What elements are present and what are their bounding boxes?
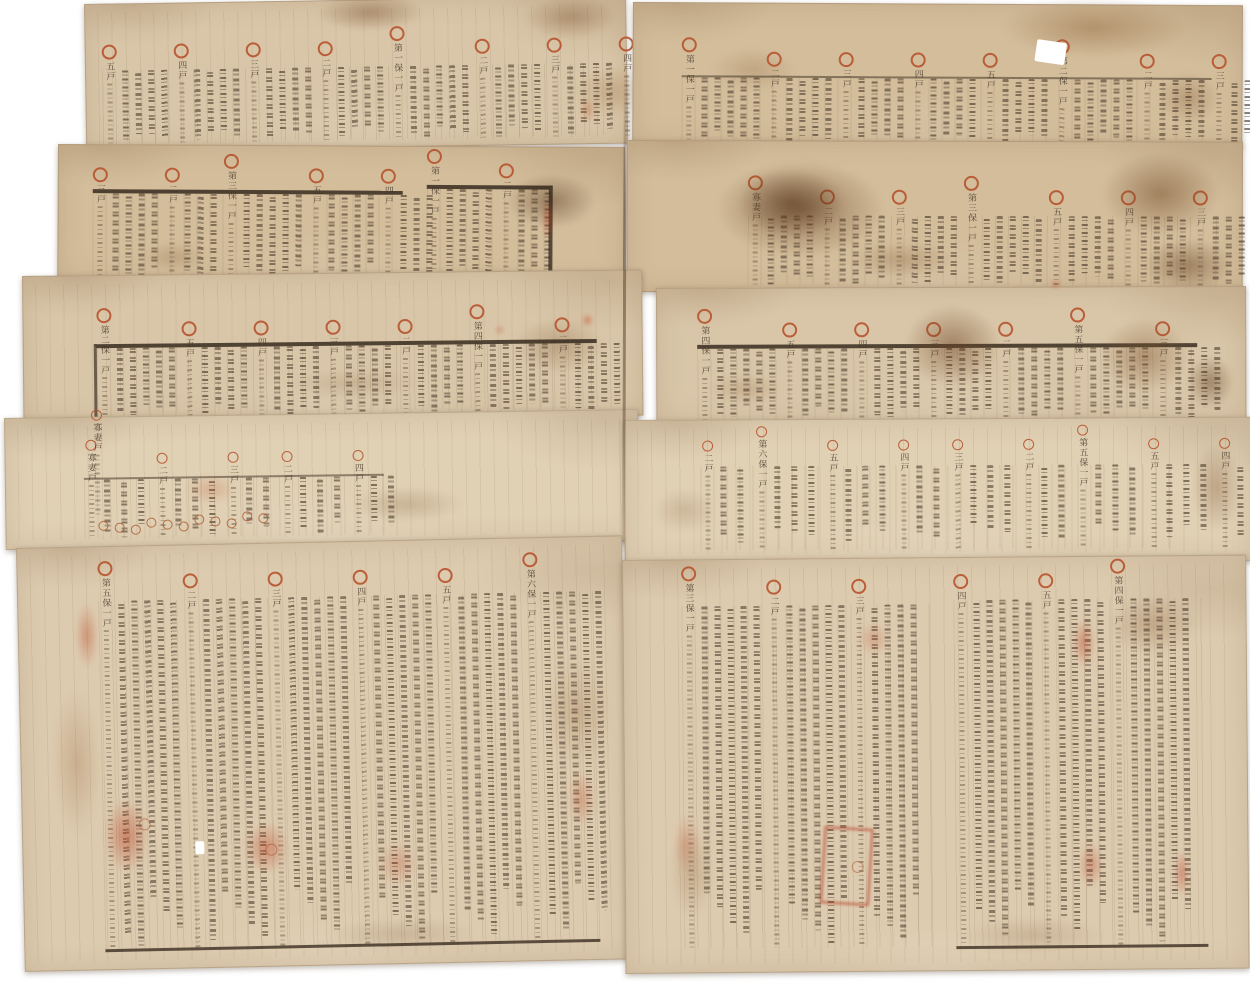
script-column	[1156, 598, 1165, 941]
text-block: 四戸五戸第四保一戸	[953, 598, 1208, 949]
script-column	[288, 597, 300, 889]
household-header: 二戸	[397, 319, 412, 415]
script-column	[1167, 216, 1173, 275]
script-column	[531, 189, 537, 267]
vermilion-circle-icon	[1139, 54, 1154, 69]
script-column	[737, 469, 743, 542]
register-sheet: 二戸第六保一戸五戸四戸三戸二戸第五保一戸五戸四戸	[624, 417, 1250, 564]
household-header: 第五保一戸	[97, 561, 119, 949]
household-label: 第六保一戸	[524, 569, 535, 619]
vermilion-circle-icon	[618, 36, 633, 51]
script-column	[472, 192, 478, 275]
script-column	[970, 465, 976, 525]
script-column	[884, 605, 893, 927]
script-column	[184, 194, 190, 271]
vermilion-circle-icon	[223, 154, 238, 169]
script-column	[1185, 80, 1191, 137]
vermilion-circle-icon	[1148, 438, 1159, 449]
vermilion-circle-icon	[498, 163, 513, 178]
vermilion-circle-icon	[426, 149, 441, 164]
script-column	[910, 604, 919, 895]
script-column	[794, 215, 800, 275]
script-column	[753, 78, 759, 139]
script-column	[556, 592, 569, 930]
household-label: 四戸	[176, 60, 187, 80]
script-column	[1041, 468, 1047, 539]
script-column	[871, 608, 880, 916]
household-header: 第六保一戸	[754, 426, 769, 550]
script-column	[169, 347, 176, 410]
script-column	[457, 344, 464, 404]
script-column	[1084, 599, 1093, 886]
household-header: 寡妻戸	[748, 175, 762, 285]
household-label: 三戸	[228, 465, 239, 485]
household-header: 二戸	[164, 168, 179, 282]
vermilion-circle-icon	[182, 573, 197, 588]
vermilion-circle-icon	[766, 52, 781, 67]
script-column	[359, 345, 366, 412]
script-column	[216, 599, 228, 895]
household-label: 四戸	[912, 69, 922, 89]
script-column	[601, 343, 608, 402]
household-header: 二戸	[554, 317, 569, 413]
household-header: 二戸	[998, 322, 1012, 420]
vermilion-circle-icon	[146, 517, 157, 528]
household-label: 四戸	[355, 587, 366, 607]
household-header: 三戸	[268, 571, 290, 945]
vermilion-circle-icon	[766, 580, 781, 595]
script-column	[118, 604, 131, 935]
vermilion-circle-icon	[1155, 321, 1170, 336]
script-column	[220, 69, 227, 133]
script-column	[295, 194, 301, 266]
household-label: 三戸	[270, 588, 281, 608]
household-label: 三戸	[327, 337, 338, 357]
script-column	[593, 63, 600, 126]
vermilion-circle-icon	[96, 308, 111, 323]
script-column	[161, 70, 168, 137]
script-column	[1071, 599, 1080, 931]
household-label: 二戸	[185, 590, 196, 610]
household-header: 五戸	[825, 440, 840, 550]
script-column	[423, 69, 430, 140]
script-column	[808, 466, 814, 535]
script-column	[256, 194, 262, 271]
script-column	[1095, 216, 1101, 276]
script-column	[1023, 216, 1029, 276]
script-column	[543, 592, 556, 916]
script-column	[791, 466, 797, 532]
script-column	[897, 78, 903, 138]
household-label: 第六保一戸	[756, 439, 767, 489]
household-header: 第六保一戸	[522, 552, 544, 940]
script-column	[516, 347, 523, 404]
register-sheet: 寡妻戸二戸三戸第三保一戸五戸四戸三戸	[627, 140, 1243, 294]
household-header: 二戸	[498, 163, 513, 283]
text-block: 三戸二戸第三保一戸五戸四戸	[92, 189, 402, 283]
script-column	[730, 349, 736, 417]
script-column	[1154, 216, 1160, 284]
script-column	[786, 78, 792, 142]
text-block: 第二保一戸五戸四戸三戸二戸第四保一戸二戸	[94, 339, 598, 418]
household-label: 四戸	[352, 463, 363, 483]
script-column	[884, 78, 890, 135]
script-column	[279, 71, 286, 131]
script-column	[143, 348, 150, 405]
household-header: 寡妻戸	[89, 410, 104, 516]
script-column	[973, 603, 982, 911]
script-column	[812, 78, 818, 136]
text-block: 第一保一戸二戸三戸四戸五戸第二保一戸二戸三戸	[681, 75, 1211, 146]
register-sheet: 第三保一戸二戸三戸 四戸五戸第四保一戸	[622, 555, 1250, 974]
script-column	[112, 193, 118, 271]
household-header: 五戸	[782, 323, 796, 421]
photo-of-register-sheets: 五戸四戸三戸二戸第一保一戸二戸三戸四戸 三戸二戸第三保一戸五戸四戸 第一保一戸二…	[0, 0, 1250, 984]
vermilion-circle-icon	[173, 43, 188, 58]
script-column	[529, 344, 536, 404]
script-column	[354, 195, 360, 278]
vermilion-circle-icon	[131, 524, 142, 535]
script-column	[1015, 82, 1021, 135]
household-header: 第五保一戸	[1075, 425, 1090, 549]
script-column	[1130, 599, 1139, 914]
household-label: 二戸	[477, 56, 488, 76]
script-column	[720, 466, 726, 536]
script-column	[327, 596, 340, 930]
vermilion-circle-icon	[92, 167, 107, 182]
household-header: 四戸	[253, 320, 268, 416]
household-label: 五戸	[827, 453, 837, 473]
script-column	[943, 82, 949, 136]
script-column	[144, 600, 156, 899]
household-label: 二戸	[167, 185, 177, 205]
script-column	[1159, 83, 1165, 146]
register-sheet: 寡妻戸二戸三戸二戸四戸 寡妻戸	[4, 409, 640, 550]
household-header: 三戸	[838, 52, 852, 144]
script-column	[351, 70, 358, 129]
script-column	[972, 351, 978, 411]
register-sheet: 三戸二戸第三保一戸五戸四戸 第一保一戸二戸	[57, 144, 625, 285]
script-column	[1044, 351, 1050, 410]
script-column	[207, 72, 214, 133]
vermilion-circle-icon	[782, 323, 797, 338]
script-column	[544, 193, 550, 275]
script-column	[148, 70, 155, 134]
script-column	[714, 77, 720, 130]
script-column	[364, 67, 371, 129]
script-column	[874, 348, 880, 415]
household-label: 四戸	[1219, 451, 1229, 471]
script-column	[799, 608, 808, 919]
household-label: 五戸	[1040, 590, 1051, 610]
household-label: 三戸	[853, 596, 864, 616]
vermilion-circle-icon	[1070, 308, 1085, 323]
register-sheet: 第四保一戸五戸四戸三戸二戸第五保一戸三戸	[656, 286, 1246, 424]
household-label: 三戸	[928, 339, 938, 359]
household-header: 第三保一戸	[964, 176, 978, 286]
household-header: 三戸	[1211, 54, 1225, 146]
vermilion-circle-icon	[281, 451, 292, 462]
vermilion-circle-icon	[245, 42, 260, 57]
household-header: 三戸	[325, 320, 340, 416]
script-column	[444, 348, 451, 405]
script-column	[373, 595, 385, 898]
household-label: 寡妻戸	[750, 192, 760, 222]
script-column	[1175, 347, 1181, 414]
household-header: 第四保一戸	[469, 304, 484, 414]
household-label: 第二保一戸	[98, 325, 109, 375]
vermilion-circle-icon	[474, 39, 489, 54]
script-column	[567, 66, 574, 136]
vermilion-circle-icon	[1048, 190, 1063, 205]
script-column	[197, 197, 203, 278]
script-column	[459, 189, 465, 268]
vermilion-circle-icon	[1023, 439, 1034, 450]
script-column	[458, 597, 471, 910]
vermilion-circle-icon	[227, 452, 238, 463]
vermilion-circle-icon	[258, 513, 269, 524]
script-column	[243, 194, 249, 267]
script-column	[871, 81, 877, 136]
household-label: 三戸	[248, 59, 259, 79]
vermilion-circle-icon	[210, 516, 221, 527]
household-label: 第一保一戸	[428, 166, 439, 216]
household-label: 寡妻戸	[91, 423, 102, 453]
vermilion-circle-icon	[926, 322, 941, 337]
script-column	[377, 66, 384, 131]
household-label: 五戸	[984, 70, 994, 90]
household-label: 四戸	[255, 337, 266, 357]
household-header: 第一保一戸	[681, 37, 696, 143]
vermilion-circle-icon	[253, 320, 268, 335]
script-column	[1074, 79, 1080, 140]
script-column	[1169, 601, 1178, 899]
script-column	[769, 349, 775, 414]
household-label: 五戸	[183, 338, 194, 358]
script-column	[1116, 350, 1122, 408]
script-column	[292, 68, 299, 131]
vermilion-circle-icon	[963, 176, 978, 191]
script-column	[338, 67, 345, 136]
script-column	[386, 598, 399, 915]
script-column	[1100, 79, 1106, 134]
script-column	[1004, 465, 1010, 532]
household-label: 五戸	[311, 185, 321, 205]
vermilion-circle-icon	[226, 518, 237, 529]
vermilion-circle-icon	[952, 439, 963, 450]
script-column	[431, 345, 438, 412]
script-column	[925, 216, 931, 283]
script-column	[614, 343, 621, 405]
vermilion-circle-icon	[827, 440, 838, 451]
household-label: 四戸	[856, 339, 866, 359]
script-column	[1018, 348, 1024, 414]
script-column	[701, 606, 710, 893]
vermilion-circle-icon	[114, 522, 125, 533]
text-block: 五戸四戸三戸二戸第一保一戸二戸三戸四戸	[102, 63, 608, 145]
script-column	[503, 344, 510, 410]
vermilion-circle-icon	[317, 41, 332, 56]
script-column	[117, 348, 124, 412]
household-label: 二戸	[822, 207, 832, 227]
script-column	[825, 78, 831, 139]
household-header: 三戸	[547, 38, 563, 138]
vermilion-circle-icon	[469, 304, 484, 319]
household-header: 第三保一戸	[681, 566, 698, 948]
household-header: 第四保一戸	[1110, 559, 1127, 945]
script-column	[802, 348, 808, 416]
script-column	[999, 600, 1008, 936]
household-label: 第五保一戸	[1072, 325, 1083, 375]
script-column	[122, 70, 129, 141]
script-column	[449, 65, 456, 129]
vermilion-circle-icon	[1077, 425, 1088, 436]
script-column	[740, 78, 746, 137]
household-header: 三戸	[926, 322, 940, 420]
household-label: 三戸	[549, 55, 560, 75]
household-label: 五戸	[784, 340, 794, 360]
script-column	[317, 480, 324, 533]
script-column	[714, 606, 723, 907]
household-label: 二戸	[1141, 71, 1151, 91]
script-column	[1031, 348, 1037, 416]
household-header: 四戸	[896, 440, 911, 550]
household-header: 二戸	[475, 39, 491, 139]
script-column	[913, 348, 919, 411]
script-column	[879, 466, 885, 531]
script-column	[815, 348, 821, 406]
vermilion-circle-icon	[397, 319, 412, 334]
script-column	[301, 597, 313, 903]
household-label: 四戸	[955, 591, 966, 611]
script-column	[1214, 347, 1220, 410]
script-column	[1213, 217, 1219, 281]
household-label: 二戸	[702, 454, 712, 474]
household-label: 第四保一戸	[471, 321, 482, 371]
script-column	[233, 69, 240, 136]
script-column	[781, 215, 787, 272]
script-column	[1090, 347, 1096, 412]
script-column	[215, 347, 222, 404]
script-column	[269, 197, 275, 277]
household-header: 三戸	[1193, 190, 1207, 286]
script-column	[446, 189, 452, 280]
script-column	[1244, 80, 1250, 134]
script-column	[916, 465, 922, 533]
vermilion-circle-icon	[1120, 190, 1135, 205]
script-column	[1141, 216, 1147, 281]
script-column	[1129, 347, 1135, 408]
household-header: 第五保一戸	[1070, 308, 1084, 420]
household-header: 四戸	[953, 574, 970, 946]
vermilion-circle-icon	[101, 45, 116, 60]
vermilion-circle-icon	[308, 168, 323, 183]
script-column	[340, 596, 352, 885]
script-column	[951, 216, 957, 277]
household-label: 第一保一戸	[683, 54, 694, 104]
vermilion-circle-icon	[910, 52, 925, 67]
vermilion-circle-icon	[1110, 559, 1125, 574]
household-label: 三戸	[1195, 207, 1205, 227]
household-header: 第四保一戸	[697, 309, 711, 421]
household-label: 三戸	[840, 69, 850, 89]
script-column	[897, 605, 906, 940]
script-column	[853, 216, 859, 284]
script-column	[862, 466, 868, 527]
script-column	[341, 197, 347, 276]
script-column	[1180, 219, 1186, 281]
lone-header-column: 寡妻戸	[89, 450, 108, 516]
household-header: 三戸	[892, 190, 906, 286]
script-column	[799, 81, 805, 136]
vermilion-circle-icon	[164, 168, 179, 183]
script-column	[756, 352, 762, 414]
script-column	[425, 594, 437, 893]
household-header: 五戸	[438, 568, 460, 942]
vermilion-circle-icon	[953, 574, 968, 589]
script-column	[1239, 217, 1245, 275]
script-column	[1142, 347, 1148, 411]
script-column	[1237, 467, 1243, 536]
household-label: 第五保一戸	[1077, 438, 1088, 488]
script-column	[314, 600, 327, 920]
script-column	[485, 189, 491, 275]
household-header: 四戸	[380, 169, 395, 283]
script-column	[255, 598, 268, 936]
script-column	[385, 345, 392, 406]
household-header: 五戸	[1038, 573, 1055, 945]
script-column	[495, 67, 502, 137]
vermilion-circle-icon	[554, 317, 569, 332]
script-column	[828, 351, 834, 412]
vermilion-circle-icon	[352, 570, 367, 585]
script-column	[933, 468, 939, 539]
script-column	[1126, 80, 1132, 141]
script-column	[569, 591, 581, 883]
household-header: 三戸	[92, 167, 107, 281]
script-column	[841, 348, 847, 412]
script-column	[768, 218, 774, 284]
script-column	[484, 593, 497, 934]
script-column	[987, 465, 993, 529]
household-label: 三戸	[894, 207, 904, 227]
script-column	[131, 600, 144, 945]
script-column	[946, 348, 952, 414]
script-column	[1182, 598, 1191, 909]
household-header: 二戸	[183, 573, 205, 947]
vermilion-circle-icon	[998, 322, 1013, 337]
household-header: 四戸	[854, 322, 868, 420]
household-header: 四戸	[910, 52, 924, 144]
script-column	[1129, 467, 1135, 537]
script-column	[959, 348, 965, 417]
script-column	[346, 346, 353, 410]
script-column	[930, 79, 936, 142]
script-column	[210, 194, 216, 278]
script-column	[490, 344, 497, 407]
script-column	[1041, 79, 1047, 138]
household-label: 五戸	[104, 62, 115, 82]
script-column	[125, 196, 131, 278]
script-column	[786, 606, 795, 904]
register-sheet: 第二保一戸五戸四戸三戸二戸第四保一戸二戸	[22, 270, 643, 422]
script-column	[1058, 599, 1067, 917]
script-column	[1226, 217, 1232, 284]
household-label: 三戸	[1213, 71, 1223, 91]
script-column	[997, 216, 1003, 283]
household-label: 二戸	[1023, 452, 1033, 472]
script-column	[399, 595, 412, 926]
